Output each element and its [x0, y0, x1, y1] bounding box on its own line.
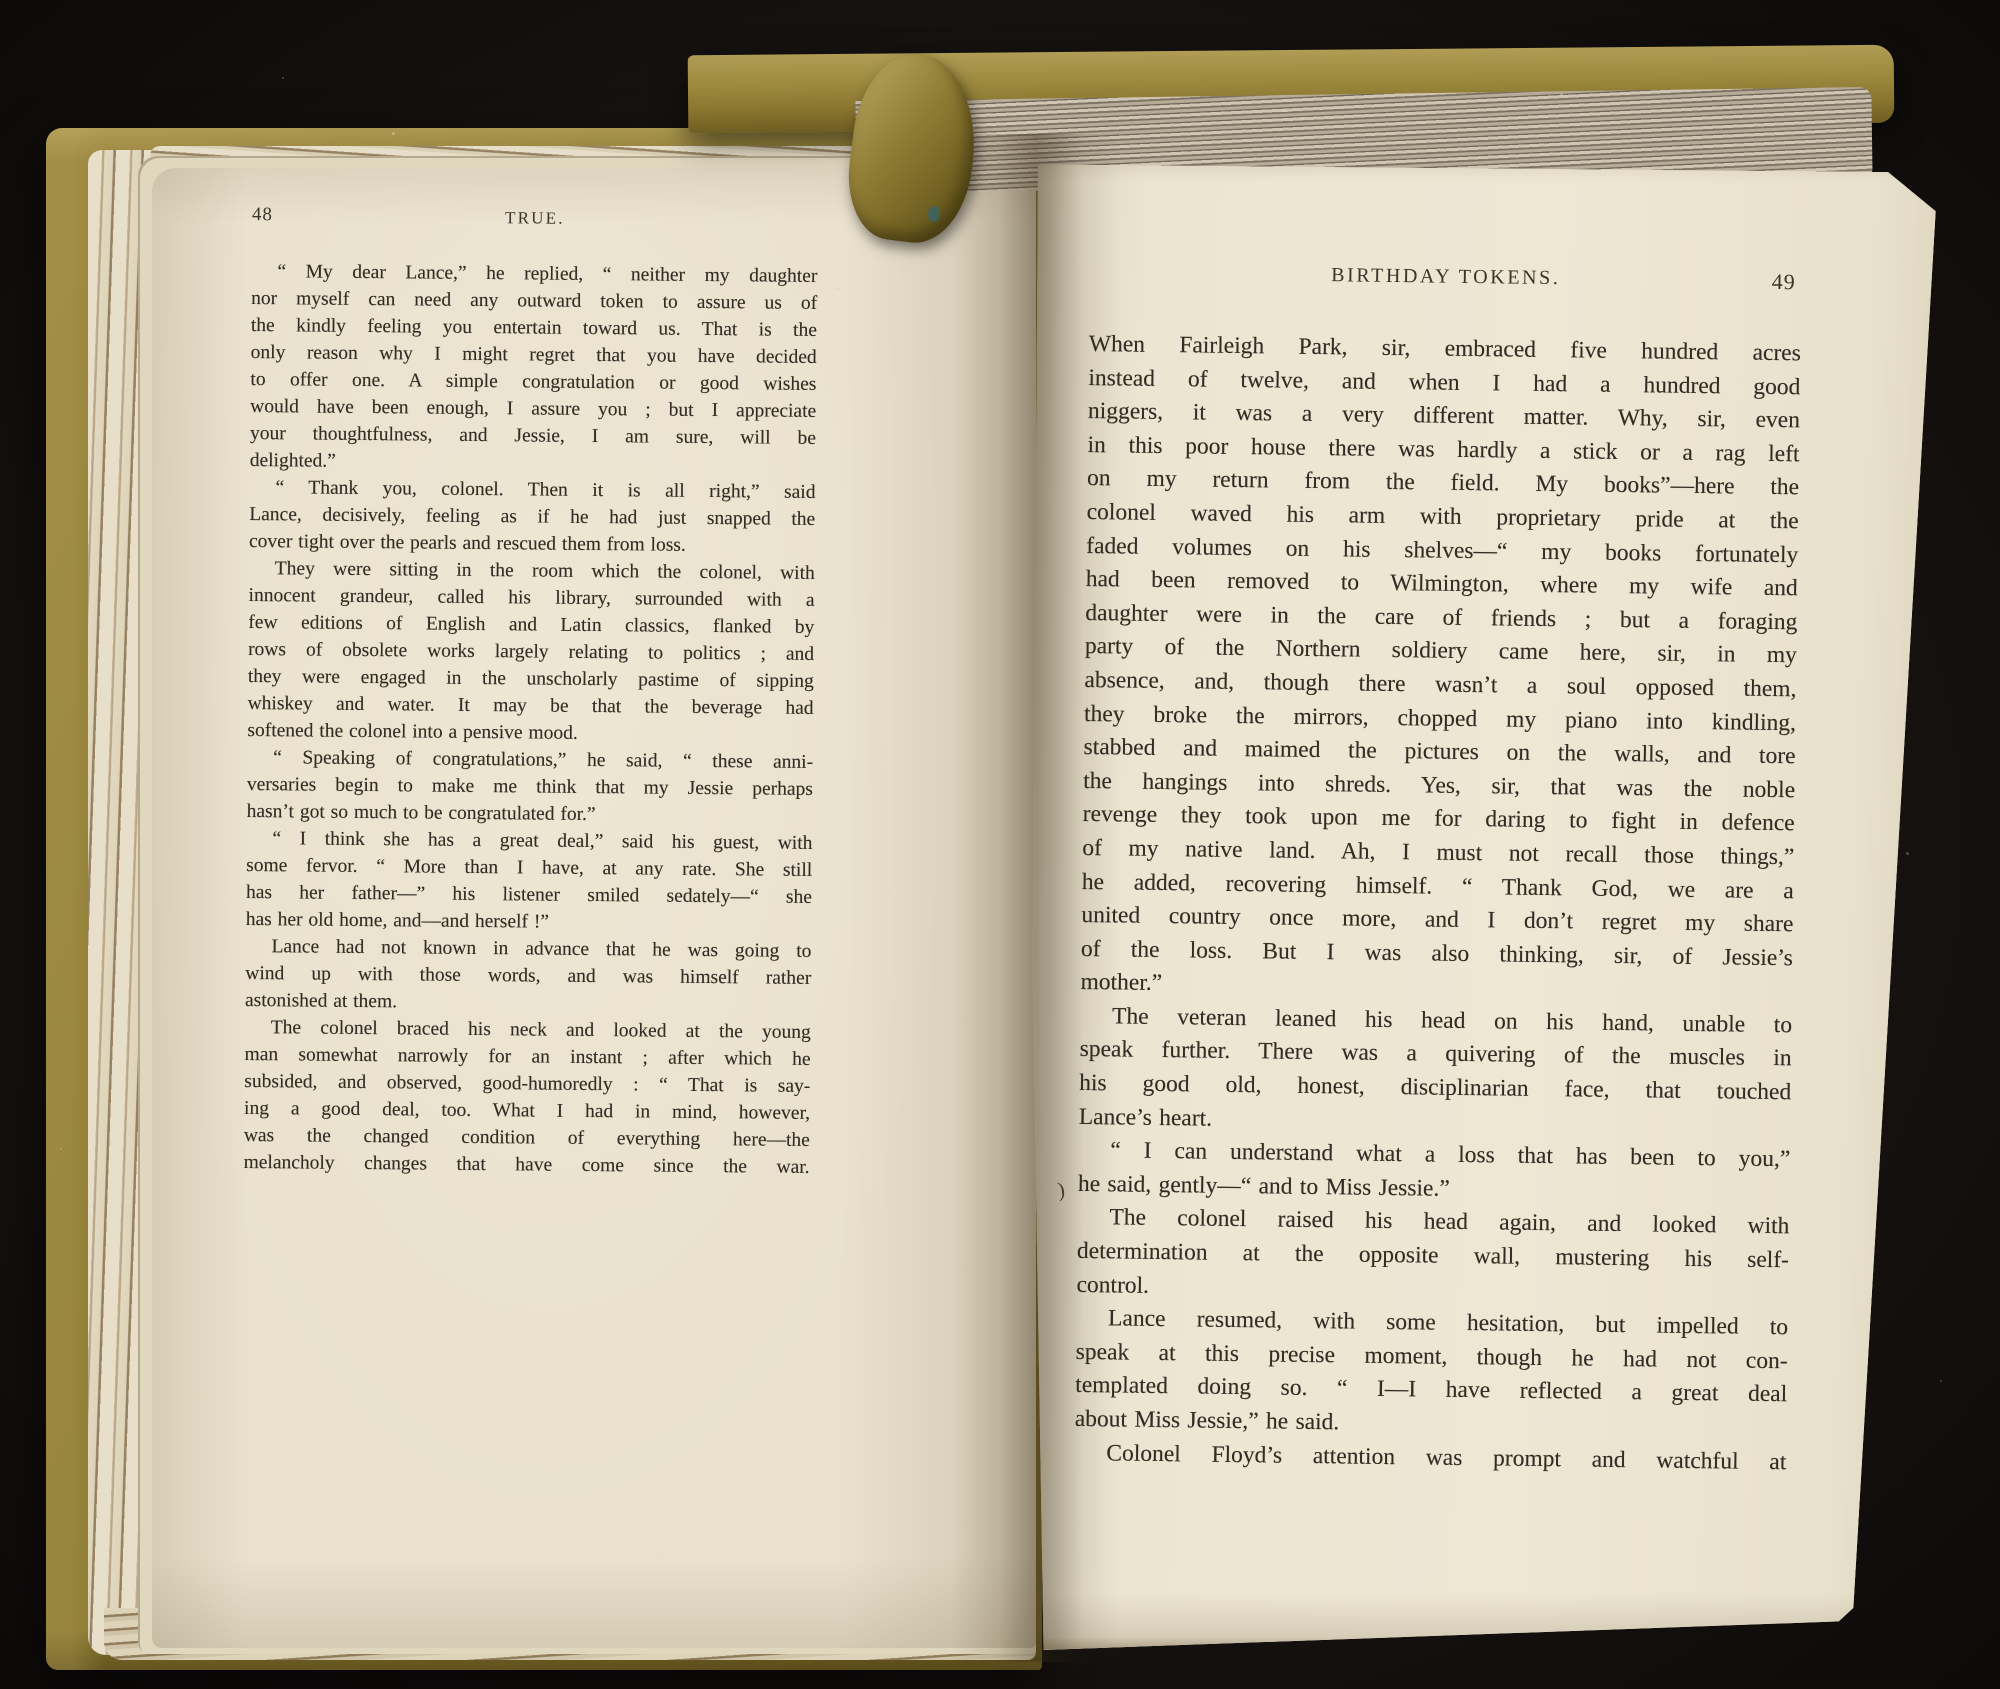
page-49-running-head: BIRTHDAY TOKENS. 49: [1089, 260, 1801, 311]
page-49: BIRTHDAY TOKENS. 49 ) When Fairleigh Par…: [1028, 148, 1943, 1653]
dust-speck: [836, 287, 839, 290]
dust-speck: [688, 148, 691, 150]
dust-speck: [1940, 1380, 1942, 1382]
page-49-text-block: When Fairleigh Park, sir, embraced five …: [1074, 328, 1801, 1479]
page-48-content: 48 TRUE. “ My dear Lance,” he replied, “…: [244, 204, 818, 1181]
dust-speck: [392, 132, 395, 135]
open-book-photograph: 48 TRUE. “ My dear Lance,” he replied, “…: [0, 0, 2000, 1689]
dust-speck: [657, 1552, 660, 1554]
dust-speck: [1281, 110, 1288, 112]
page-number-49: 49: [1772, 269, 1796, 295]
page-49-content: BIRTHDAY TOKENS. 49 ) When Fairleigh Par…: [1074, 260, 1802, 1479]
running-head-true: TRUE.: [252, 206, 818, 231]
dust-speck: [282, 77, 284, 79]
text-line: melancholy changes that have come since …: [244, 1149, 810, 1181]
print-artifact-mark: ): [1056, 1177, 1066, 1203]
dust-speck: [1299, 117, 1304, 119]
dust-speck: [60, 1148, 62, 1150]
dust-speck: [1560, 93, 1563, 95]
running-head-birthday-tokens: BIRTHDAY TOKENS.: [1090, 261, 1802, 293]
page-48-running-head: 48 TRUE.: [252, 204, 818, 243]
page-48-text-block: “ My dear Lance,” he replied, “ neither …: [244, 258, 818, 1181]
dust-speck: [1906, 852, 1909, 855]
page-48: 48 TRUE. “ My dear Lance,” he replied, “…: [152, 168, 1036, 1648]
dust-speck: [1123, 1640, 1125, 1642]
